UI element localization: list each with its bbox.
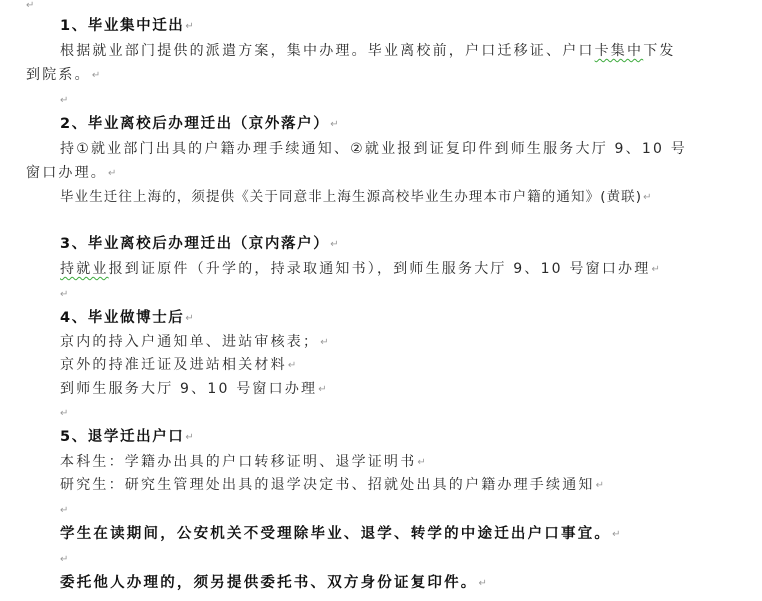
line-text: 研究生：研究生管理处出具的退学决定书、招就处出具的户籍办理手续通知 bbox=[60, 477, 595, 493]
line-text: 京外的持准迁证及进站相关材料 bbox=[60, 357, 287, 373]
line-text: 根据就业部门提供的派遣方案，集中办理。毕业离校前，户口迁移证、户口 bbox=[60, 43, 595, 59]
section-4-heading[interactable]: 4、毕业做博士后↵ bbox=[60, 308, 194, 329]
line-text: 京内的持入户通知单、进站审核表； bbox=[60, 334, 319, 350]
paragraph-mark-icon: ↵ bbox=[185, 432, 193, 443]
paragraph-mark-icon: ↵ bbox=[417, 457, 425, 468]
line-text: 到师生服务大厅 9、10 号窗口办理 bbox=[60, 381, 317, 397]
paragraph-mark-icon: ↵ bbox=[185, 313, 193, 324]
section-4-line-2[interactable]: 京外的持准迁证及进站相关材料↵ bbox=[60, 355, 296, 376]
section-2-line-1[interactable]: 持①就业部门出具的户籍办理手续通知、②就业报到证复印件到师生服务大厅 9、10 … bbox=[60, 139, 687, 159]
paragraph-mark-icon: ↵ bbox=[479, 578, 487, 589]
paragraph-mark-icon: ↵ bbox=[60, 554, 68, 566]
heading-text: 4、毕业做博士后 bbox=[60, 310, 184, 326]
section-2-line-2[interactable]: 窗口办理。↵ bbox=[26, 163, 116, 184]
heading-text: 1、毕业集中迁出 bbox=[60, 18, 184, 34]
section-1-line-1[interactable]: 根据就业部门提供的派遣方案，集中办理。毕业离校前，户口迁移证、户口卡集中下发 bbox=[60, 41, 676, 61]
line-text: 本科生：学籍办出具的户口转移证明、退学证明书 bbox=[60, 454, 416, 470]
line-text: 窗口办理。 bbox=[26, 165, 107, 181]
paragraph-mark-icon: ↵ bbox=[60, 505, 68, 517]
spellcheck-flag[interactable]: 持就业 bbox=[60, 261, 109, 277]
paragraph-mark-icon: ↵ bbox=[185, 21, 193, 32]
heading-text: 2、毕业离校后办理迁出（京外落户） bbox=[60, 116, 329, 132]
line-text: 报到证原件（升学的，持录取通知书），到师生服务大厅 9、10 号窗口办理 bbox=[109, 261, 651, 277]
spellcheck-flag[interactable]: 卡集中 bbox=[595, 43, 644, 59]
section-4-line-1[interactable]: 京内的持入户通知单、进站审核表；↵ bbox=[60, 332, 329, 353]
line-text: 下发 bbox=[643, 43, 675, 59]
line-text: 毕业生迁往上海的，须提供《关于同意非上海生源高校毕业生办理本市户籍的通知》(黄联… bbox=[60, 189, 642, 205]
section-1-line-2[interactable]: 到院系。↵ bbox=[26, 65, 100, 86]
note-text: 委托他人办理的，须另提供委托书、双方身份证复印件。 bbox=[60, 575, 478, 591]
paragraph-mark-icon: ↵ bbox=[330, 239, 338, 250]
paragraph-mark-icon: ↵ bbox=[60, 95, 68, 107]
section-2-heading[interactable]: 2、毕业离校后办理迁出（京外落户）↵ bbox=[60, 114, 339, 135]
section-5-line-1[interactable]: 本科生：学籍办出具的户口转移证明、退学证明书↵ bbox=[60, 452, 426, 473]
section-3-heading[interactable]: 3、毕业离校后办理迁出（京内落户）↵ bbox=[60, 234, 339, 255]
paragraph-mark-icon: ↵ bbox=[108, 168, 116, 179]
paragraph-mark-icon: ↵ bbox=[330, 119, 338, 130]
note-in-school-restriction[interactable]: 学生在读期间，公安机关不受理除毕业、退学、转学的中途迁出户口事宜。↵ bbox=[60, 524, 621, 545]
line-text: 持①就业部门出具的户籍办理手续通知、②就业报到证复印件到师生服务大厅 9、10 … bbox=[60, 141, 687, 157]
document-page: ↵ 1、毕业集中迁出↵ 根据就业部门提供的派遣方案，集中办理。毕业离校前，户口迁… bbox=[0, 0, 762, 601]
paragraph-mark-icon: ↵ bbox=[60, 289, 68, 301]
paragraph-mark-icon: ↵ bbox=[596, 480, 604, 491]
paragraph-mark-icon: ↵ bbox=[92, 70, 100, 81]
paragraph-mark-icon: ↵ bbox=[643, 192, 651, 203]
paragraph-mark-icon: ↵ bbox=[288, 360, 296, 371]
paragraph-mark-icon: ↵ bbox=[26, 0, 34, 12]
heading-text: 5、退学迁出户口 bbox=[60, 429, 184, 445]
paragraph-mark-icon: ↵ bbox=[320, 337, 328, 348]
paragraph-mark-icon: ↵ bbox=[60, 408, 68, 420]
section-4-line-3[interactable]: 到师生服务大厅 9、10 号窗口办理↵ bbox=[60, 379, 327, 400]
paragraph-mark-icon: ↵ bbox=[318, 384, 326, 395]
section-3-line-1[interactable]: 持就业报到证原件（升学的，持录取通知书），到师生服务大厅 9、10 号窗口办理↵ bbox=[60, 259, 660, 280]
section-1-heading[interactable]: 1、毕业集中迁出↵ bbox=[60, 16, 194, 37]
paragraph-mark-icon: ↵ bbox=[651, 264, 659, 275]
section-2-line-3[interactable]: 毕业生迁往上海的，须提供《关于同意非上海生源高校毕业生办理本市户籍的通知》(黄联… bbox=[60, 187, 652, 208]
heading-text: 3、毕业离校后办理迁出（京内落户） bbox=[60, 236, 329, 252]
section-5-heading[interactable]: 5、退学迁出户口↵ bbox=[60, 427, 194, 448]
line-text: 到院系。 bbox=[26, 67, 91, 83]
note-proxy-requirement[interactable]: 委托他人办理的，须另提供委托书、双方身份证复印件。↵ bbox=[60, 573, 487, 594]
paragraph-mark-icon: ↵ bbox=[612, 529, 620, 540]
section-5-line-2[interactable]: 研究生：研究生管理处出具的退学决定书、招就处出具的户籍办理手续通知↵ bbox=[60, 475, 604, 496]
note-text: 学生在读期间，公安机关不受理除毕业、退学、转学的中途迁出户口事宜。 bbox=[60, 526, 611, 542]
